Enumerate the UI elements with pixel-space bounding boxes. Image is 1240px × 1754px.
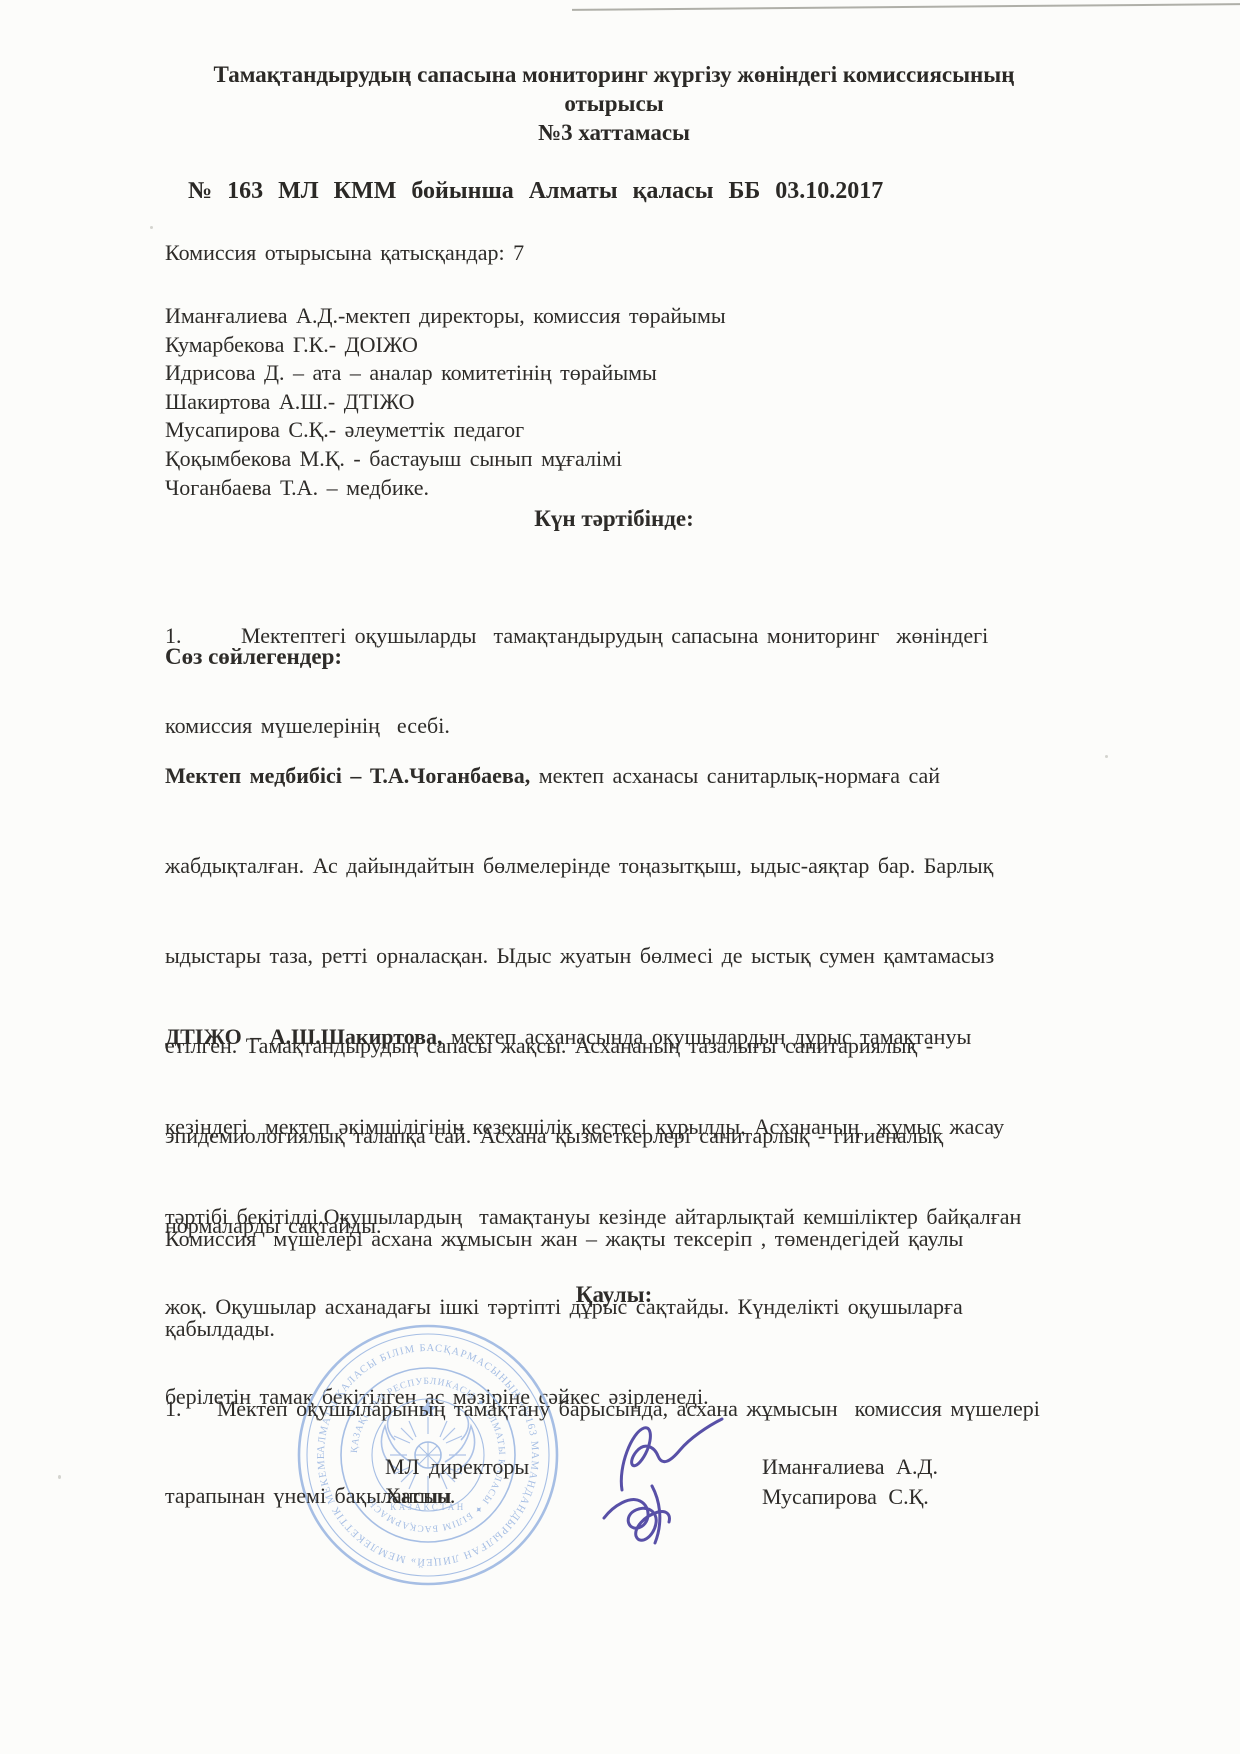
speech-line: кезіндегі мектеп әкімшілігінің кезекшілі…: [165, 1112, 1100, 1142]
scan-edge-artifact: [572, 3, 1240, 11]
speakers-heading: Сөз сөйлегендер:: [165, 644, 342, 670]
signature-role-secretary: Хатшы: [385, 1481, 529, 1510]
signature-name-imangalieva: Иманғалиева А.Д.: [762, 1452, 938, 1482]
scan-speck: [58, 1475, 61, 1479]
speech-text: мектеп асханасында оқушылардың дұрыс там…: [443, 1024, 972, 1049]
signature-role-director: МЛ директоры: [385, 1452, 529, 1481]
agenda-heading: Күн тәртібінде:: [0, 506, 1228, 532]
scan-speck: [1105, 755, 1108, 758]
conclusion-line-1: Комиссия мүшелері асхана жұмысын жан – ж…: [165, 1224, 1100, 1254]
attendees-intro: Комиссия отырысына қатысқандар: 7: [165, 240, 524, 266]
handwritten-signature: [592, 1406, 732, 1551]
resolution-heading: Қаулы:: [0, 1282, 1228, 1308]
document-title: Тамақтандырудың сапасына мониторинг жүрг…: [0, 60, 1228, 147]
attendee-item: Чоганбаева Т.А. – медбике.: [165, 474, 726, 503]
speech-line: жабдықталған. Ас дайындайтын бөлмелерінд…: [165, 851, 1100, 881]
resolution-number: 1.: [165, 1394, 217, 1423]
speech-text: мектеп асханасы санитарлық-нормаға сай: [530, 763, 940, 788]
speech-line: ДТІЖО – А.Ш.Шакиртова, мектеп асханасынд…: [165, 1022, 1100, 1052]
attendee-item: Мусапирова С.Қ.- әлеуметтік педагог: [165, 416, 726, 445]
agenda-item-text: Мектептегі оқушыларды тамақтандырудың са…: [241, 623, 988, 648]
attendee-item: Кумарбекова Г.К.- ДОІЖО: [165, 331, 726, 360]
scanned-document-page: Тамақтандырудың сапасына мониторинг жүрг…: [0, 0, 1240, 1754]
signature-name-musapirova: Мусапирова С.Қ.: [762, 1482, 938, 1512]
title-line-2: отырысы: [0, 89, 1228, 118]
attendee-item: Идрисова Д. – ата – аналар комитетінің т…: [165, 359, 726, 388]
attendee-item: Шакиртова А.Ш.- ДТІЖО: [165, 388, 726, 417]
speech-nurse-lead: Мектеп медбибісі – Т.А.Чоганбаева,: [165, 763, 530, 788]
title-line-3: №3 хаттамасы: [0, 118, 1228, 147]
signature-stroke: [621, 1419, 722, 1490]
title-line-1: Тамақтандырудың сапасына мониторинг жүрг…: [0, 60, 1228, 89]
attendee-list: Иманғалиева А.Д.-мектеп директоры, комис…: [165, 302, 726, 502]
signature-names: Иманғалиева А.Д. Мусапирова С.Қ.: [762, 1452, 938, 1512]
attendee-item: Иманғалиева А.Д.-мектеп директоры, комис…: [165, 302, 726, 331]
speech-deputy-lead: ДТІЖО – А.Ш.Шакиртова,: [165, 1024, 443, 1049]
document-number-line: № 163 МЛ КММ бойынша Алматы қаласы ББ 03…: [188, 178, 883, 205]
attendee-item: Қоқымбекова М.Қ. - бастауыш сынып мұғалі…: [165, 445, 726, 474]
scan-speck: [150, 226, 153, 229]
speech-line: Мектеп медбибісі – Т.А.Чоганбаева, мекте…: [165, 761, 1100, 791]
signature-roles: МЛ директоры Хатшы: [385, 1452, 529, 1510]
